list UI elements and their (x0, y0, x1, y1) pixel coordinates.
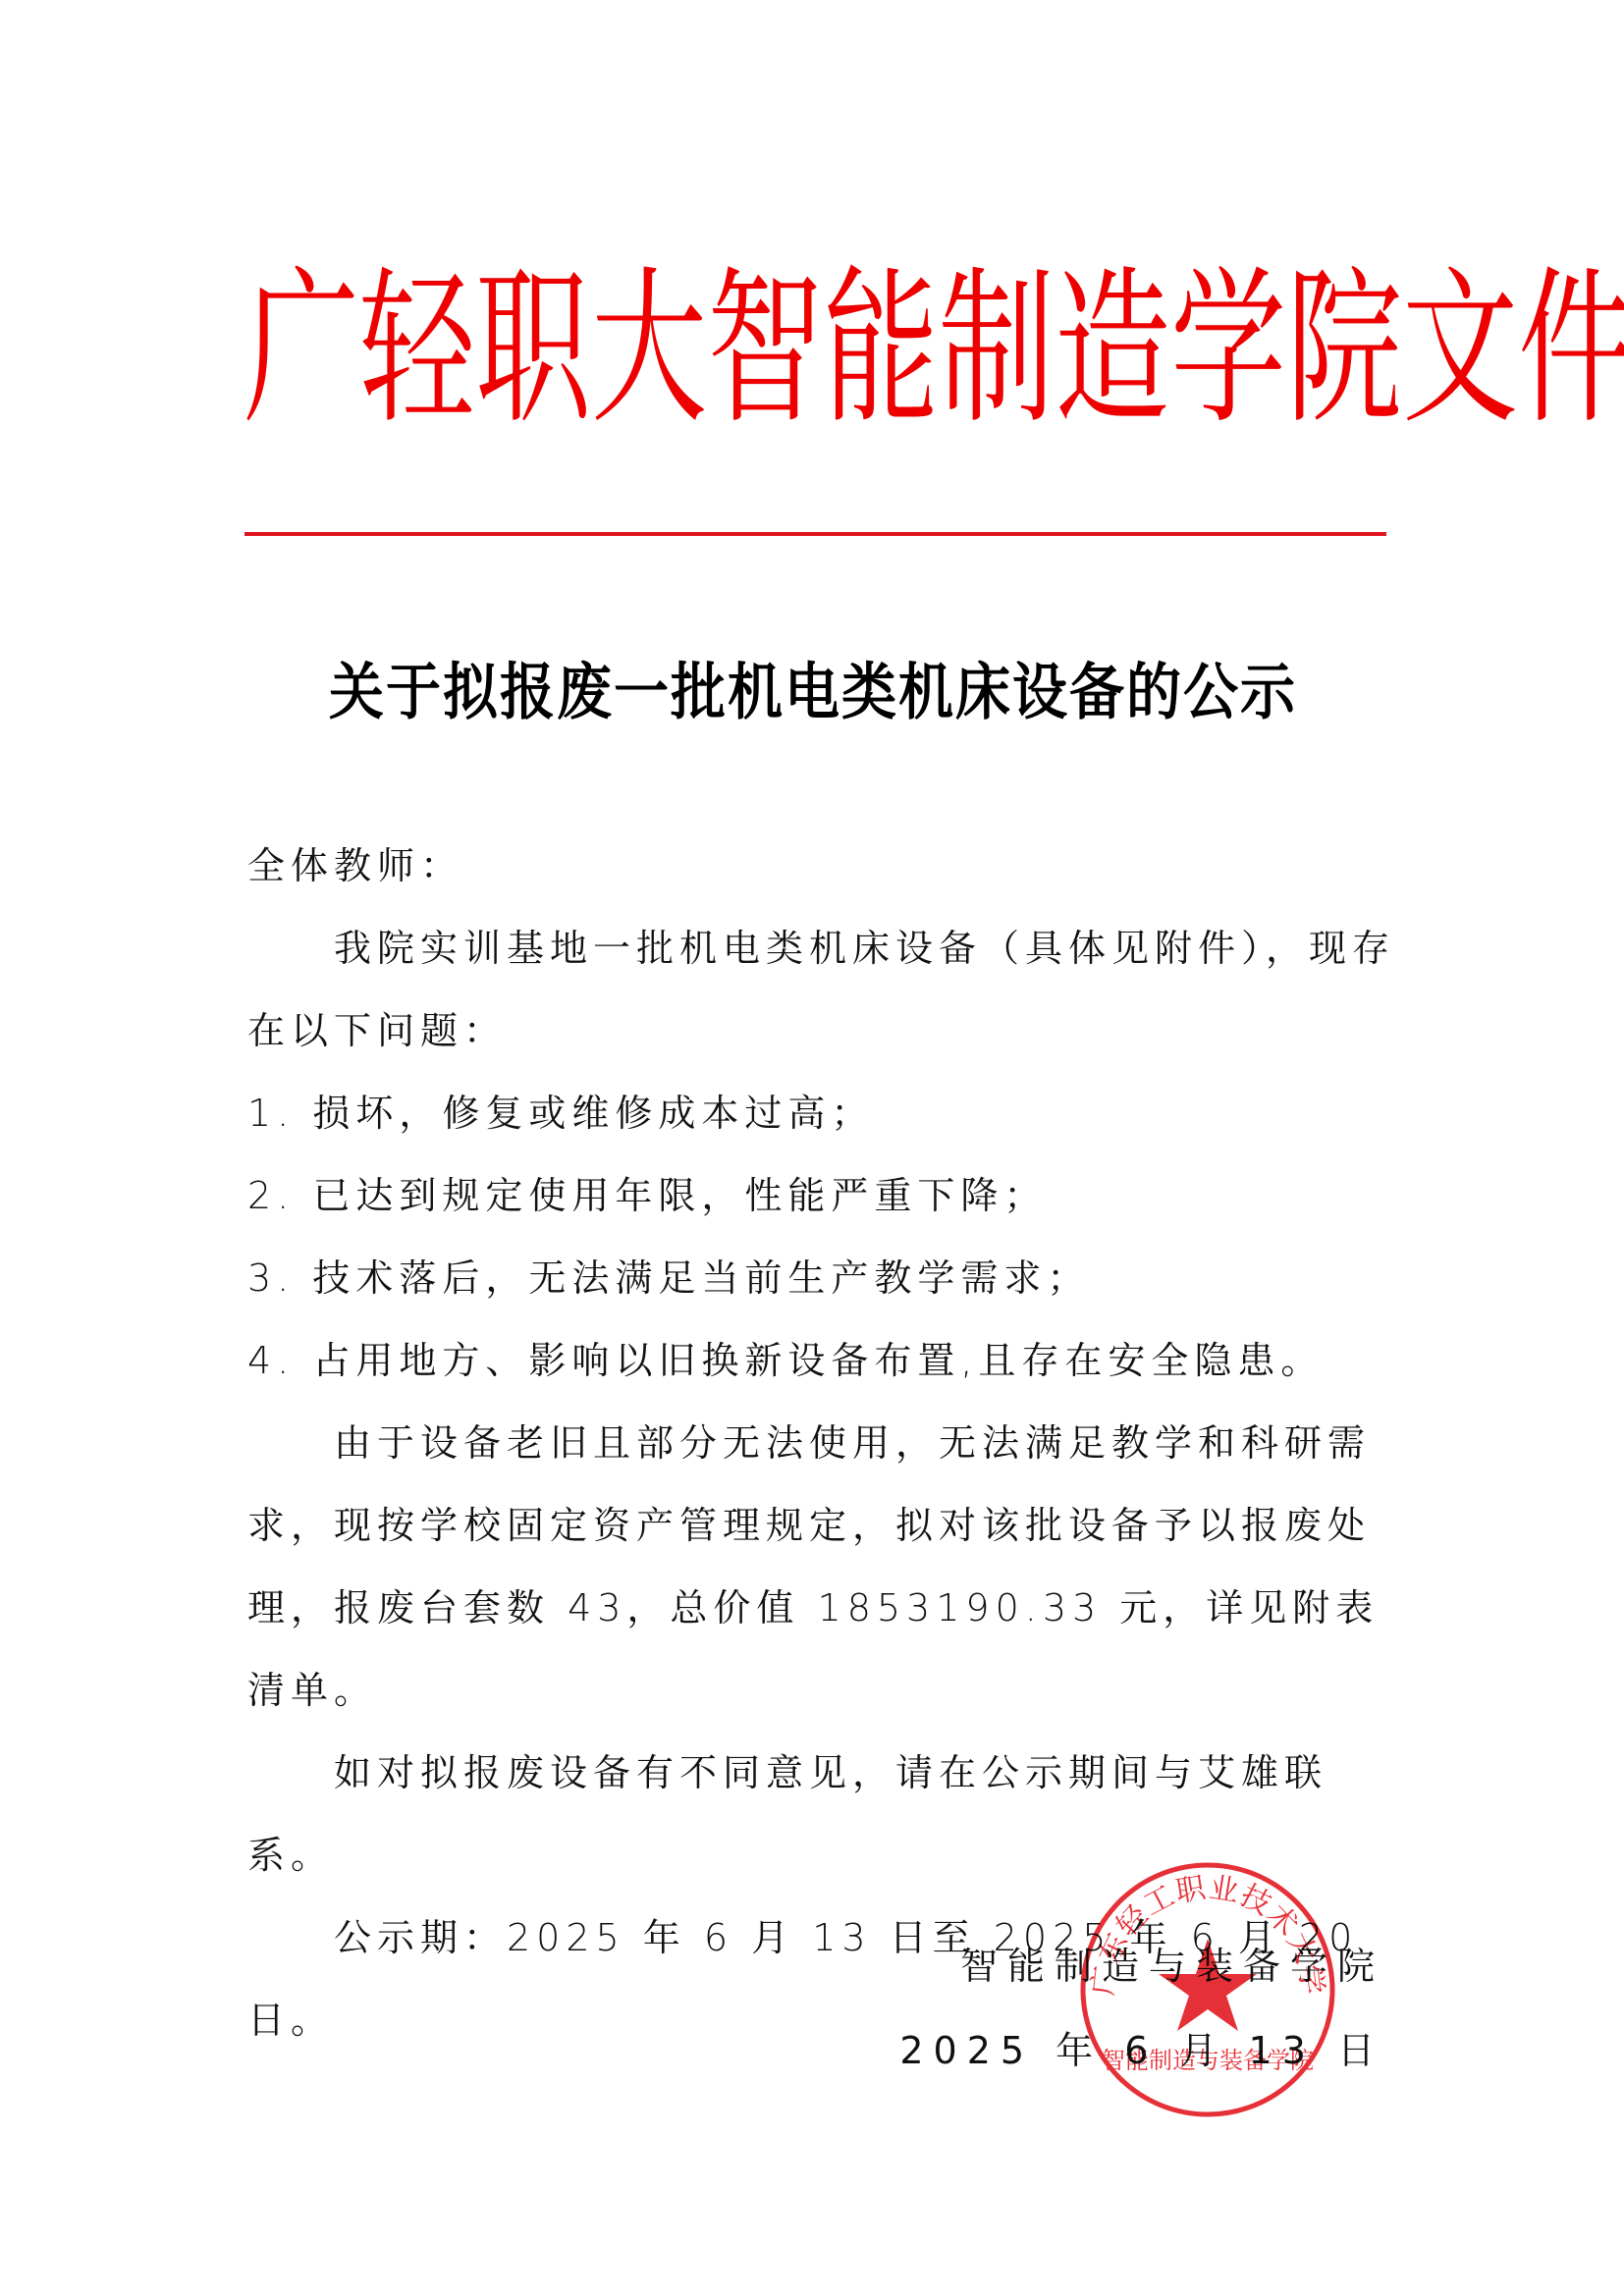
salutation: 全体教师： (247, 825, 1406, 907)
star-icon (1159, 1939, 1257, 2031)
masthead-char: 广 (244, 264, 359, 432)
issue-item-3: 3. 技术落后，无法满足当前生产教学需求； (247, 1237, 1406, 1319)
seal-bottom-text: 智能制造与装备学院 (1102, 2047, 1314, 2074)
seal-graphic: 广东轻工职业技术大学 智能制造与装备学院 (1076, 1858, 1339, 2121)
issue-item-4: 4. 占用地方、影响以旧换新设备布置,且存在安全隐患。 (247, 1319, 1406, 1402)
masthead-char: 能 (823, 264, 939, 432)
document-page: 广 轻 职 大 智 能 制 造 学 院 文 件 关于拟报废一批机电类机床设备的公… (0, 0, 1624, 2296)
masthead-char: 智 (707, 264, 823, 432)
masthead-char: 大 (591, 264, 707, 432)
masthead-char: 件 (1518, 264, 1624, 432)
issue-item-2: 2. 已达到规定使用年限，性能严重下降； (247, 1154, 1406, 1237)
masthead-char: 造 (1055, 264, 1170, 432)
masthead-char: 院 (1286, 264, 1402, 432)
notice-title: 关于拟报废一批机电类机床设备的公示 (295, 643, 1331, 742)
intro-paragraph: 我院实训基地一批机电类机床设备（具体见附件），现存在以下问题： (247, 907, 1406, 1072)
red-divider-rule (244, 532, 1386, 536)
masthead-title: 广 轻 职 大 智 能 制 造 学 院 文 件 (244, 199, 1392, 499)
decision-paragraph: 由于设备老旧且部分无法使用，无法满足教学和科研需求，现按学校固定资产管理规定，拟… (247, 1402, 1406, 1732)
masthead-char: 制 (939, 264, 1055, 432)
masthead-char: 文 (1402, 264, 1518, 432)
masthead-char: 轻 (359, 264, 475, 432)
masthead-char: 学 (1170, 264, 1286, 432)
masthead-char: 职 (475, 264, 591, 432)
issue-item-1: 1. 损坏，修复或维修成本过高； (247, 1072, 1406, 1154)
official-seal: 广东轻工职业技术大学 智能制造与装备学院 (1076, 1858, 1339, 2121)
